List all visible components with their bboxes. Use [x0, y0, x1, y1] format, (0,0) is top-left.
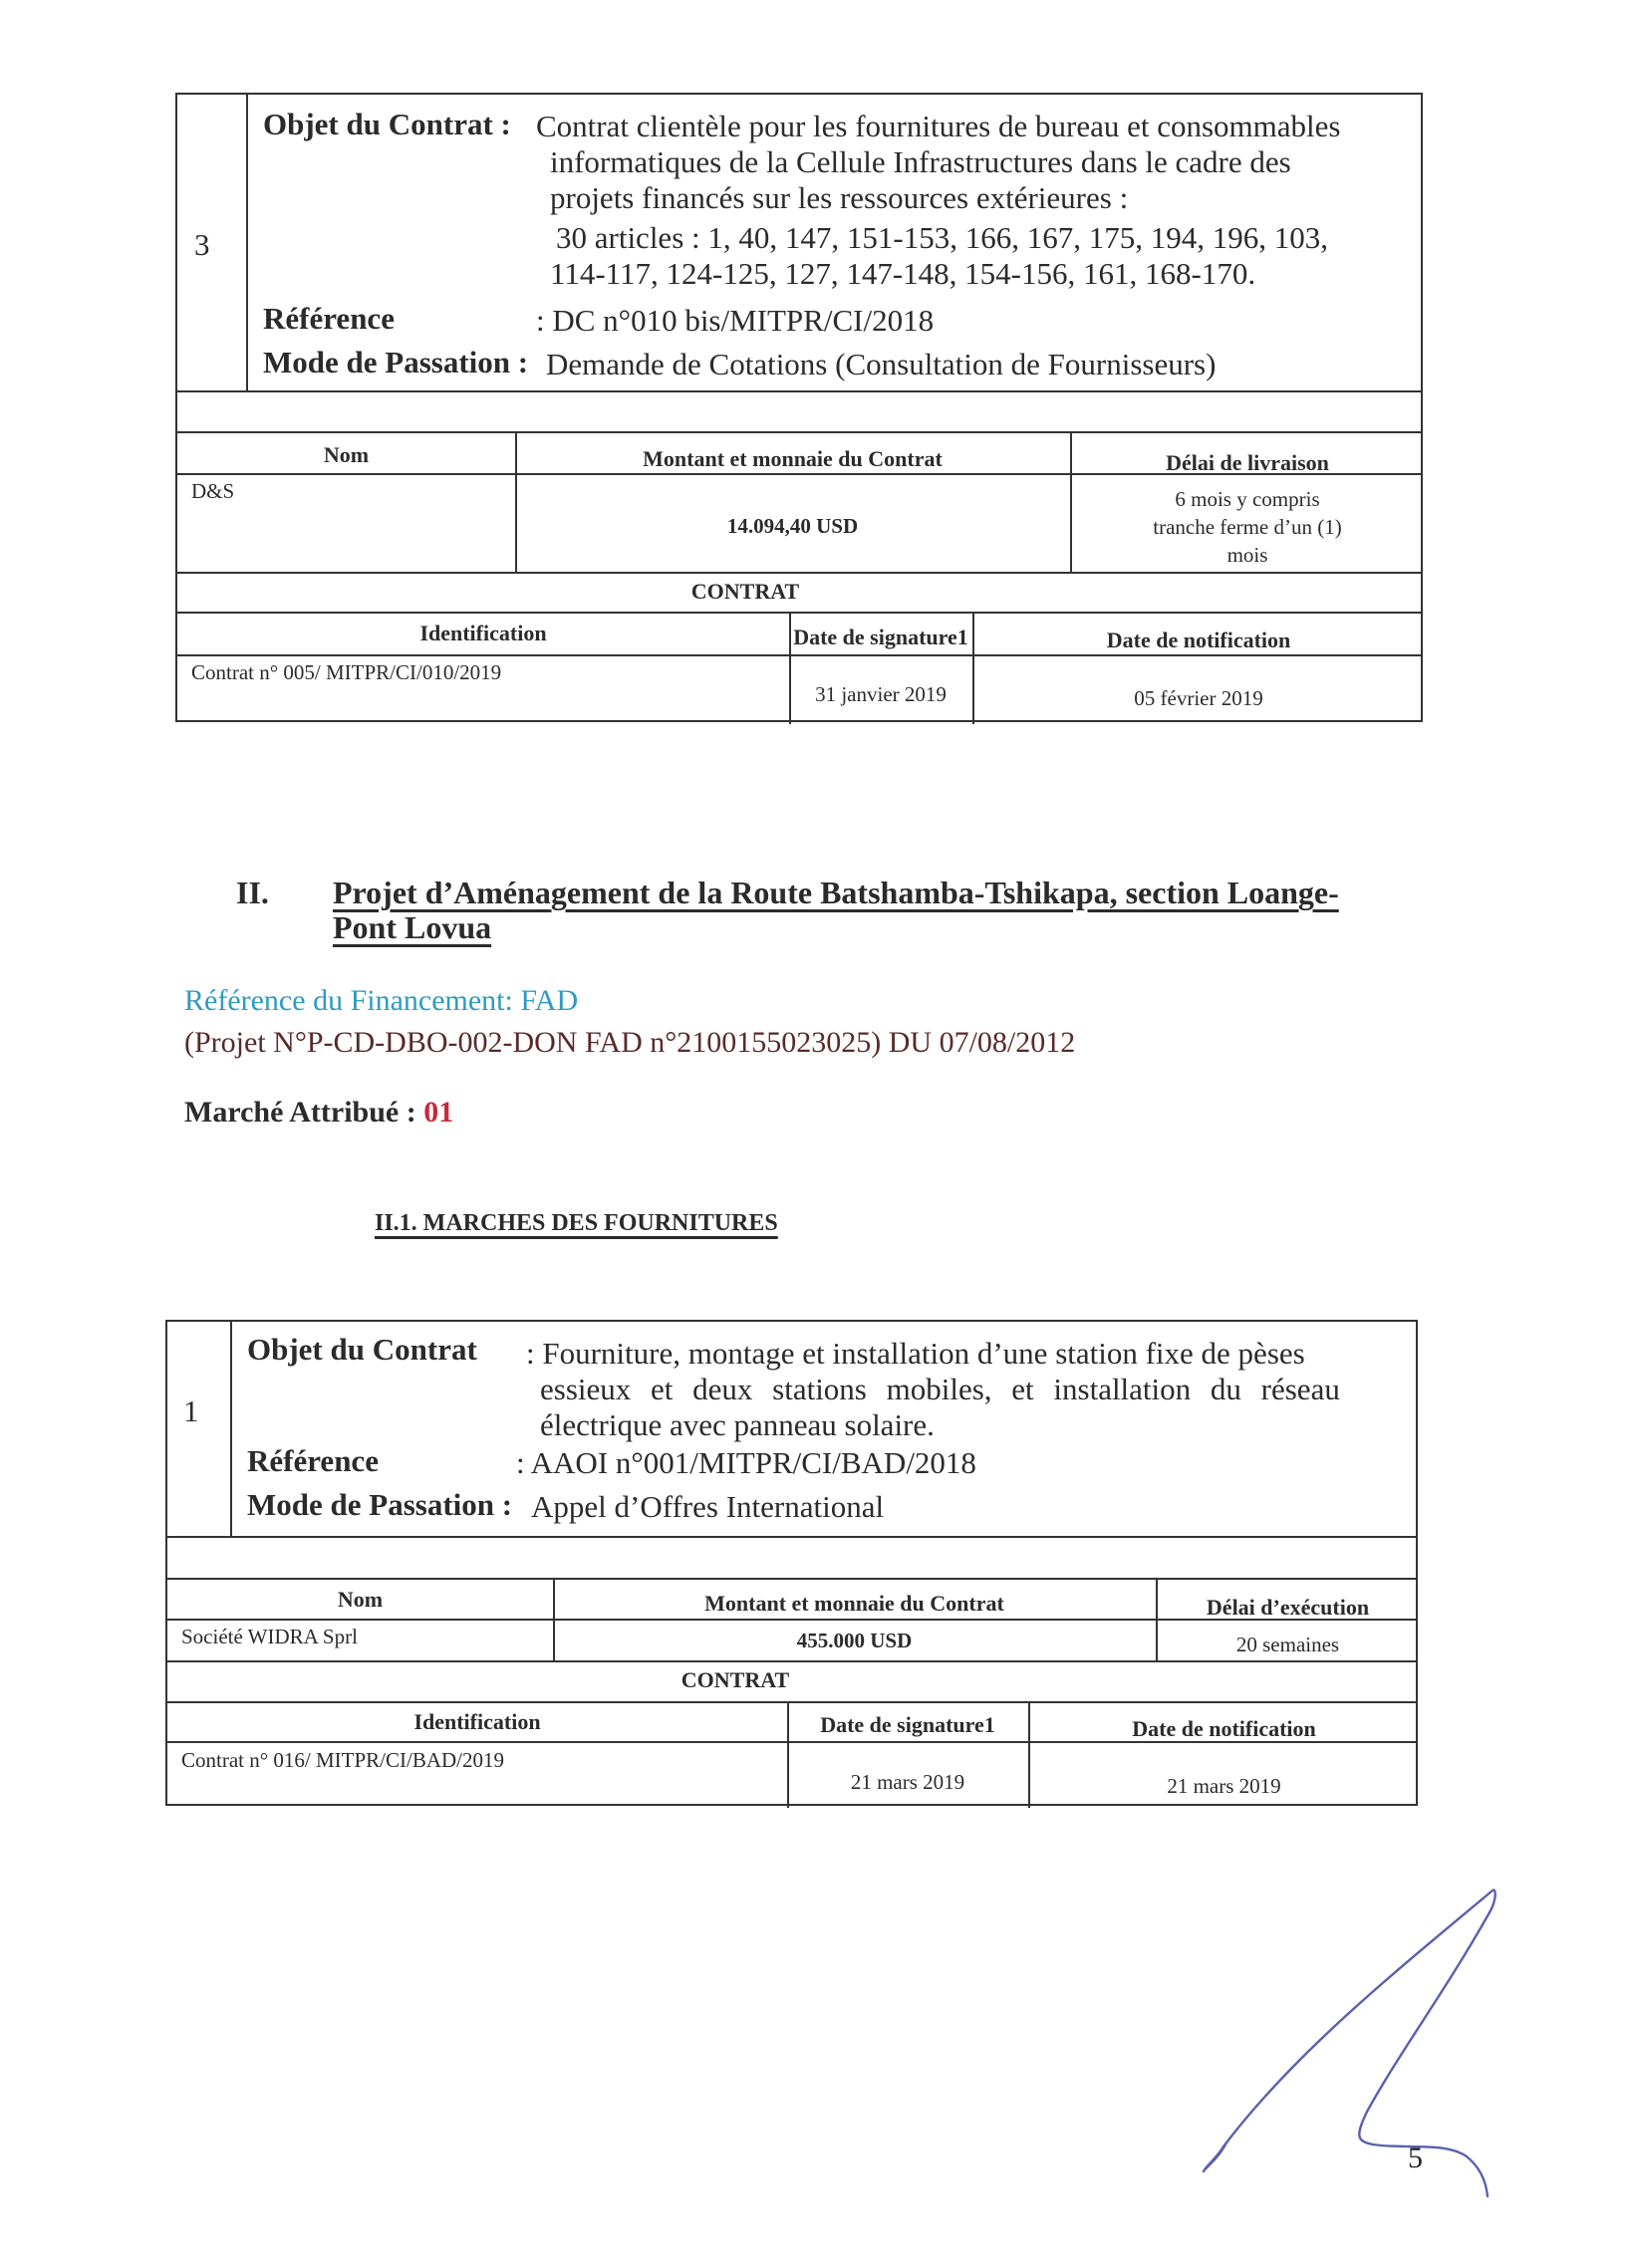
header-nom: Nom: [167, 1587, 553, 1613]
contract-number: 3: [194, 227, 210, 263]
objet-value: Contrat clientèle pour les fournitures d…: [536, 109, 1413, 292]
objet-line: informatiques de la Cellule Infrastructu…: [536, 144, 1413, 180]
objet-label: Objet du Contrat :: [263, 107, 511, 142]
market-awarded-count: 01: [423, 1096, 453, 1129]
section-numeral: II.: [236, 875, 269, 911]
divider: [177, 390, 1421, 392]
delivery-delay: 6 mois y compris tranche ferme d’un (1) …: [1070, 485, 1425, 569]
divider: [167, 1578, 1416, 1580]
reference-value: : DC n°010 bis/MITPR/CI/2018: [536, 303, 934, 339]
market-awarded: Marché Attribué : 01: [184, 1096, 453, 1130]
objet-line: électrique avec panneau solaire.: [526, 1407, 1403, 1443]
notification-date: 21 mars 2019: [1028, 1774, 1420, 1799]
objet-line: : Fourniture, montage et installation d’…: [526, 1336, 1403, 1372]
signature-date: 31 janvier 2019: [789, 682, 972, 707]
signature-date: 21 mars 2019: [787, 1770, 1028, 1795]
reference-label: Référence: [263, 301, 395, 337]
header-delai: Délai d’exécution: [1156, 1595, 1420, 1621]
divider: [167, 1741, 1416, 1743]
objet-line: essieux et deux stations mobiles, et ins…: [526, 1372, 1403, 1407]
divider: [177, 572, 1421, 574]
divider: [167, 1536, 1416, 1538]
header-nom: Nom: [177, 442, 515, 468]
subsection-title: II.1. MARCHES DES FOURNITURES: [375, 1210, 778, 1237]
reference-label: Référence: [247, 1443, 379, 1479]
divider: [167, 1619, 1416, 1621]
divider: [167, 1660, 1416, 1662]
header-montant: Montant et monnaie du Contrat: [515, 446, 1070, 472]
reference-value: : AAOI n°001/MITPR/CI/BAD/2018: [516, 1445, 976, 1481]
contract-identification: Contrat n° 005/ MITPR/CI/010/2019: [191, 660, 501, 685]
project-reference: (Projet N°P-CD-DBO-002-DON FAD n°2100155…: [184, 1026, 1075, 1060]
header-identification: Identification: [167, 1709, 787, 1735]
objet-line: 114-117, 124-125, 127, 147-148, 154-156,…: [536, 256, 1413, 292]
contrat-section-title: CONTRAT: [167, 1667, 1303, 1693]
financing-reference: Référence du Financement: FAD: [184, 984, 578, 1018]
handwritten-signature: [1146, 1843, 1633, 2268]
header-date-notification: Date de notification: [972, 628, 1425, 653]
section-title-line2: Pont Lovua: [333, 909, 491, 946]
objet-line: 30 articles : 1, 40, 147, 151-153, 166, …: [536, 220, 1413, 256]
delay-line: 6 mois y compris: [1070, 485, 1425, 513]
market-awarded-label: Marché Attribué :: [184, 1096, 423, 1129]
signature-stroke: [1204, 1890, 1496, 2196]
page-number: 5: [1408, 2142, 1423, 2175]
delay-line: tranche ferme d’un (1): [1070, 513, 1425, 541]
section-title-line1: Projet d’Aménagement de la Route Batsham…: [333, 875, 1339, 911]
notification-date: 05 février 2019: [972, 686, 1425, 711]
header-date-signature: Date de signature1: [787, 1712, 1028, 1738]
header-montant: Montant et monnaie du Contrat: [553, 1591, 1156, 1617]
divider: [177, 654, 1421, 656]
header-identification: Identification: [177, 621, 789, 646]
awardee-name: Société WIDRA Sprl: [181, 1625, 358, 1649]
divider: [177, 473, 1421, 475]
header-date-notification: Date de notification: [1028, 1716, 1420, 1742]
number-column-divider: [230, 1322, 232, 1536]
contract-3-table: 3 Objet du Contrat : Contrat clientèle p…: [175, 93, 1423, 722]
contract-identification: Contrat n° 016/ MITPR/CI/BAD/2019: [181, 1748, 504, 1773]
contrat-section-title: CONTRAT: [177, 579, 1313, 605]
delay-line: mois: [1070, 541, 1425, 569]
mode-value: Demande de Cotations (Consultation de Fo…: [546, 347, 1216, 382]
contract-number: 1: [183, 1393, 199, 1429]
contract-amount: 14.094,40 USD: [515, 514, 1070, 539]
mode-value: Appel d’Offres International: [531, 1489, 884, 1525]
contract-amount: 455.000 USD: [553, 1629, 1156, 1653]
divider: [177, 612, 1421, 614]
objet-label: Objet du Contrat: [247, 1332, 477, 1368]
contract-1-table: 1 Objet du Contrat : Fourniture, montage…: [165, 1320, 1418, 1806]
execution-delay: 20 semaines: [1156, 1633, 1420, 1657]
objet-value: : Fourniture, montage et installation d’…: [526, 1336, 1403, 1443]
objet-line: Contrat clientèle pour les fournitures d…: [536, 109, 1413, 144]
mode-label: Mode de Passation :: [247, 1487, 512, 1523]
header-date-signature: Date de signature1: [789, 625, 972, 650]
divider: [177, 431, 1421, 433]
mode-label: Mode de Passation :: [263, 345, 528, 380]
divider: [167, 1701, 1416, 1703]
objet-line: projets financés sur les ressources exté…: [536, 180, 1413, 216]
awardee-name: D&S: [191, 479, 234, 504]
number-column-divider: [246, 95, 248, 390]
